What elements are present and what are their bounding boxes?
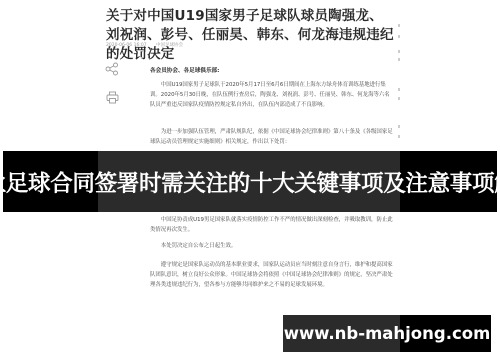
paragraph: 中国足协责成U19男足国家队就落实疫情防控工作不严的情况做出深刻检查，并吸取教训… (150, 215, 393, 235)
publish-source: 中国足球协会 (156, 43, 183, 48)
headline-banner: 职业足球合同签署时需关注的十大关键事项及注意事项解析 (3, 151, 497, 212)
document-title: 关于对中国U19国家男子足球队球员陶强龙、刘祝润、彭号、任丽昊、韩东、何龙海违规… (106, 7, 396, 64)
publish-date: 2020-06-06 16:07 (106, 43, 147, 48)
paragraph: 为进一步加强队伍管理，严肃队规队纪，依据《中国足球协会纪律准则》第八十条及《各级… (150, 127, 393, 147)
banner-headline: 职业足球合同签署时需关注的十大关键事项及注意事项解析 (3, 151, 497, 212)
print-icon[interactable] (106, 91, 119, 104)
watermark-url: www.nb-mahjong.com (283, 315, 491, 352)
paragraph: 中国U19国家男子足球队于2020年5月17日至6月6日期间在上海东方绿舟体育训… (150, 80, 393, 110)
site-watermark: www.nb-mahjong.com (283, 315, 491, 352)
salutation: 各会员协会、各足球俱乐部: (150, 66, 393, 76)
paragraph: 本处罚决定自公布之日起生效。 (150, 241, 393, 251)
share-icon[interactable] (105, 62, 119, 76)
paragraph: 遵守规定是国家队运动员的基本职业要求，国家队运动员应当时刻注意自身言行，维护和提… (150, 260, 393, 290)
document-meta: 2020-06-06 16:07 中国足球协会 (106, 42, 191, 48)
